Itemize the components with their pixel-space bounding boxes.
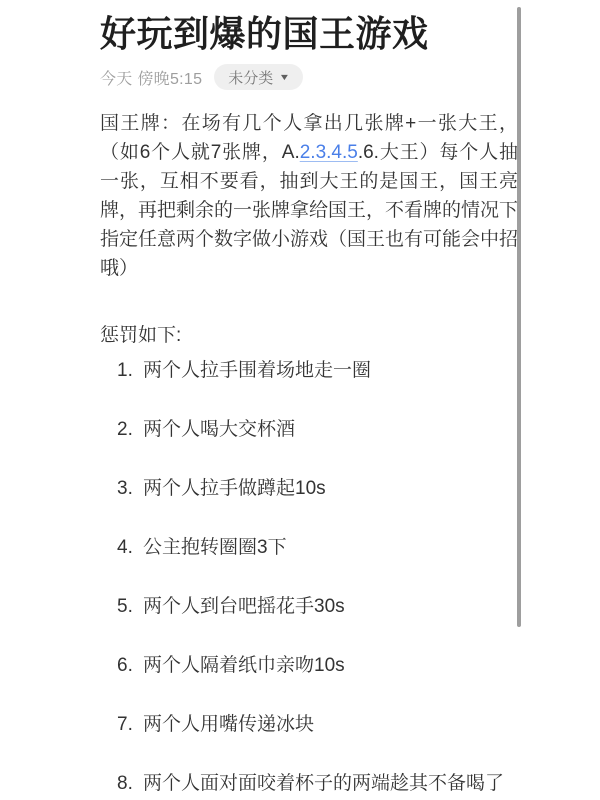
- list-item: 4. 公主抱转圈圈3下: [117, 533, 518, 562]
- chevron-down-icon: ▼: [279, 73, 291, 82]
- list-item-number: 3.: [117, 474, 143, 503]
- list-item-number: 4.: [117, 533, 143, 562]
- list-item-number: 8.: [117, 769, 143, 798]
- punishments-list: 1. 两个人拉手围着场地走一圈 2. 两个人喝大交杯酒 3. 两个人拉手做蹲起1…: [100, 356, 518, 798]
- list-item-text: 两个人用嘴传递冰块: [143, 710, 518, 739]
- list-item-number: 6.: [117, 651, 143, 680]
- note-body-paragraph: 国王牌：在场有几个人拿出几张牌+一张大王，（如6个人就7张牌，A.2.3.4.5…: [100, 109, 518, 283]
- category-label: 未分类: [228, 67, 273, 88]
- scrollbar[interactable]: [517, 7, 521, 627]
- note-page: 好玩到爆的国王游戏 今天 傍晚5:15 未分类 ▼ 国王牌：在场有几个人拿出几张…: [0, 0, 600, 800]
- list-item: 2. 两个人喝大交杯酒: [117, 415, 518, 444]
- list-item-text: 公主抱转圈圈3下: [143, 533, 518, 562]
- list-item-text: 两个人隔着纸巾亲吻10s: [143, 651, 518, 680]
- list-item-text: 两个人拉手做蹲起10s: [143, 474, 518, 503]
- list-item: 1. 两个人拉手围着场地走一圈: [117, 356, 518, 385]
- list-item-number: 1.: [117, 356, 143, 385]
- list-item-text: 两个人到台吧摇花手30s: [143, 592, 518, 621]
- list-item-number: 5.: [117, 592, 143, 621]
- list-item: 7. 两个人用嘴传递冰块: [117, 710, 518, 739]
- list-item: 3. 两个人拉手做蹲起10s: [117, 474, 518, 503]
- note-timestamp: 今天 傍晚5:15: [100, 66, 202, 89]
- note-meta-row: 今天 傍晚5:15 未分类 ▼: [100, 64, 518, 90]
- numbers-link[interactable]: 2.3.4.5: [300, 142, 358, 163]
- list-item-text: 两个人面对面咬着杯子的两端趁其不备喝了: [143, 769, 518, 798]
- list-item: 6. 两个人隔着纸巾亲吻10s: [117, 651, 518, 680]
- list-item-number: 7.: [117, 710, 143, 739]
- list-item-text: 两个人喝大交杯酒: [143, 415, 518, 444]
- category-badge[interactable]: 未分类 ▼: [214, 64, 303, 90]
- punishments-heading: 惩罚如下:: [100, 321, 518, 350]
- list-item-number: 2.: [117, 415, 143, 444]
- list-item: 5. 两个人到台吧摇花手30s: [117, 592, 518, 621]
- note-title: 好玩到爆的国王游戏: [100, 12, 518, 56]
- list-item-text: 两个人拉手围着场地走一圈: [143, 356, 518, 385]
- list-item: 8. 两个人面对面咬着杯子的两端趁其不备喝了: [117, 769, 518, 798]
